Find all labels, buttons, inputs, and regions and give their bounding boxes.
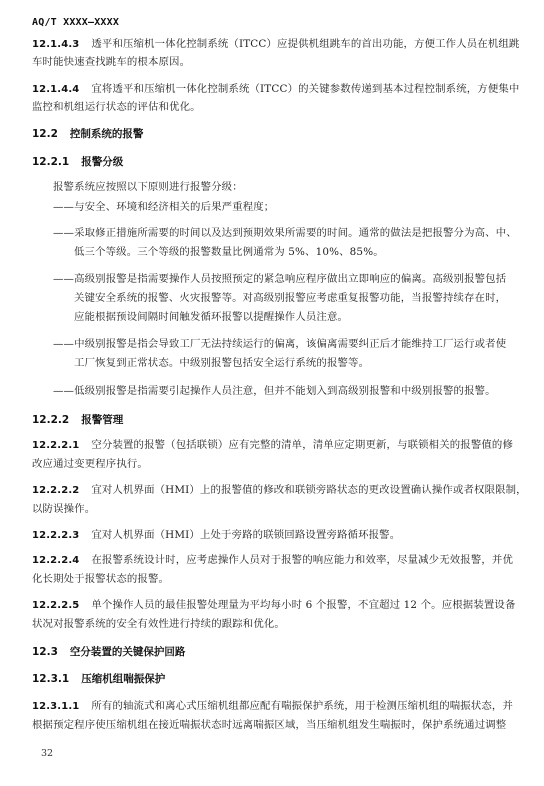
grading-item-4-continued: 工厂恢复到正常状态。中级别报警包括安全运行系统的报警等。 [74, 356, 544, 370]
clause-text: 空分装置的报警（包括联锁）应有完整的清单，清单应定期更新，与联锁相关的报警值的修 [91, 439, 513, 451]
clause-text: 宜对人机界面（HMI）上处于旁路的联锁回路设置旁路循环报警。 [91, 529, 400, 541]
clause-text-continued: 监控和机组运行状态的评估和优化。 [32, 100, 502, 114]
clause-text: 单个操作人员的最佳报警处理量为平均每小时 6 个报警，不宜超过 12 个。应根据… [91, 599, 515, 611]
clause-number: 12.2.2.2 [32, 485, 79, 496]
clause-12-2-2-3: 12.2.2.3宜对人机界面（HMI）上处于旁路的联锁回路设置旁路循环报警。 [32, 528, 502, 543]
document-code-header: AQ/T XXXX—XXXX [32, 17, 119, 28]
section-number: 12.2.2 [32, 414, 69, 426]
clause-number: 12.2.2.1 [32, 440, 79, 451]
grading-intro: 报警系统应按照以下原则进行报警分级： [53, 180, 523, 194]
section-title: 报警分级 [81, 156, 123, 168]
clause-text: 宜对人机界面（HMI）上的报警值的修改和联锁旁路状态的更改设置确认操作或者权限限… [91, 484, 526, 496]
clause-12-2-2-2: 12.2.2.2宜对人机界面（HMI）上的报警值的修改和联锁旁路状态的更改设置确… [32, 483, 502, 498]
section-heading-12-3: 12.3空分装置的关键保护回路 [32, 644, 185, 659]
clause-12-2-2-4: 12.2.2.4在报警系统设计时，应考虑操作人员对于报警的响应能力和效率，尽量减… [32, 553, 502, 568]
clause-text-continued: 以防误操作。 [32, 502, 502, 516]
grading-item-3-continued: 关键安全系统的报警、火灾报警等。对高级别报警应考虑重复报警功能，当报警持续存在时… [74, 291, 544, 305]
clause-text: 透平和压缩机一体化控制系统（ITCC）应提供机组跳车的首出功能，方便工作人员在机… [91, 38, 519, 50]
clause-text-continued: 根据预定程序使压缩机组在接近喘振状态时远离喘振区域，当压缩机组发生喘振时，保护系… [32, 718, 502, 732]
section-number: 12.2.1 [32, 156, 69, 168]
clause-12-1-4-4: 12.1.4.4宜将透平和压缩机一体化控制系统（ITCC）的关键参数传递到基本过… [32, 82, 502, 97]
section-title: 空分装置的关键保护回路 [70, 646, 186, 658]
clause-number: 12.2.2.5 [32, 600, 79, 611]
clause-12-2-2-1: 12.2.2.1空分装置的报警（包括联锁）应有完整的清单，清单应定期更新，与联锁… [32, 438, 502, 453]
clause-number: 12.2.2.3 [32, 530, 79, 541]
clause-text: 宜将透平和压缩机一体化控制系统（ITCC）的关键参数传递到基本过程控制系统，方便… [91, 83, 519, 95]
clause-text: 在报警系统设计时，应考虑操作人员对于报警的响应能力和效率，尽量减少无效报警，并优 [91, 554, 513, 566]
clause-text-continued: 状况对报警系统的安全有效性进行持续的跟踪和优化。 [32, 617, 502, 631]
section-number: 12.3.1 [32, 673, 69, 685]
clause-text: 所有的轴流式和离心式压缩机组都应配有喘振保护系统，用于检测压缩机组的喘振状态，并 [91, 700, 513, 712]
section-heading-12-2-2: 12.2.2报警管理 [32, 412, 123, 427]
section-title: 控制系统的报警 [70, 128, 144, 140]
clause-text-continued: 车时能快速查找跳车的根本原因。 [32, 55, 502, 69]
clause-number: 12.3.1.1 [32, 701, 79, 712]
section-heading-12-2-1: 12.2.1报警分级 [32, 154, 123, 169]
clause-12-3-1-1: 12.3.1.1所有的轴流式和离心式压缩机组都应配有喘振保护系统，用于检测压缩机… [32, 699, 502, 714]
section-title: 报警管理 [81, 414, 123, 426]
clause-number: 12.2.2.4 [32, 555, 79, 566]
clause-number: 12.1.4.3 [32, 39, 79, 50]
clause-text-continued: 改应通过变更程序执行。 [32, 457, 502, 471]
grading-item-5: ——低级别报警是指需要引起操作人员注意，但并不能划入到高级别报警和中级别报警的报… [53, 384, 523, 398]
clause-number: 12.1.4.4 [32, 84, 79, 95]
grading-item-2-continued: 低三个等级。三个等级的报警数量比例通常为 5%、10%、85%。 [74, 245, 544, 259]
section-heading-12-3-1: 12.3.1压缩机组喘振保护 [32, 671, 165, 686]
section-number: 12.2 [32, 128, 58, 140]
section-heading-12-2: 12.2控制系统的报警 [32, 126, 143, 141]
section-number: 12.3 [32, 646, 58, 658]
grading-item-3-continued: 应能根据预设间隔时间触发循环报警以提醒操作人员注意。 [74, 310, 544, 324]
section-title: 压缩机组喘振保护 [81, 673, 165, 685]
clause-text-continued: 化长期处于报警状态的报警。 [32, 572, 502, 586]
page-number: 32 [41, 748, 53, 759]
grading-item-3: ——高级别报警是指需要操作人员按照预定的紧急响应程序做出立即响应的偏离。高级别报… [53, 272, 523, 286]
document-page: AQ/T XXXX—XXXX 12.1.4.3透平和压缩机一体化控制系统（ITC… [0, 0, 544, 786]
grading-item-4: ——中级别报警是指会导致工厂无法持续运行的偏离，该偏离需要纠正后才能维持工厂运行… [53, 337, 523, 351]
grading-item-1: ——与安全、环境和经济相关的后果严重程度； [53, 200, 523, 214]
clause-12-1-4-3: 12.1.4.3透平和压缩机一体化控制系统（ITCC）应提供机组跳车的首出功能，… [32, 37, 502, 52]
clause-12-2-2-5: 12.2.2.5单个操作人员的最佳报警处理量为平均每小时 6 个报警，不宜超过 … [32, 598, 502, 613]
grading-item-2: ——采取修正措施所需要的时间以及达到预期效果所需要的时间。通常的做法是把报警分为… [53, 226, 523, 240]
